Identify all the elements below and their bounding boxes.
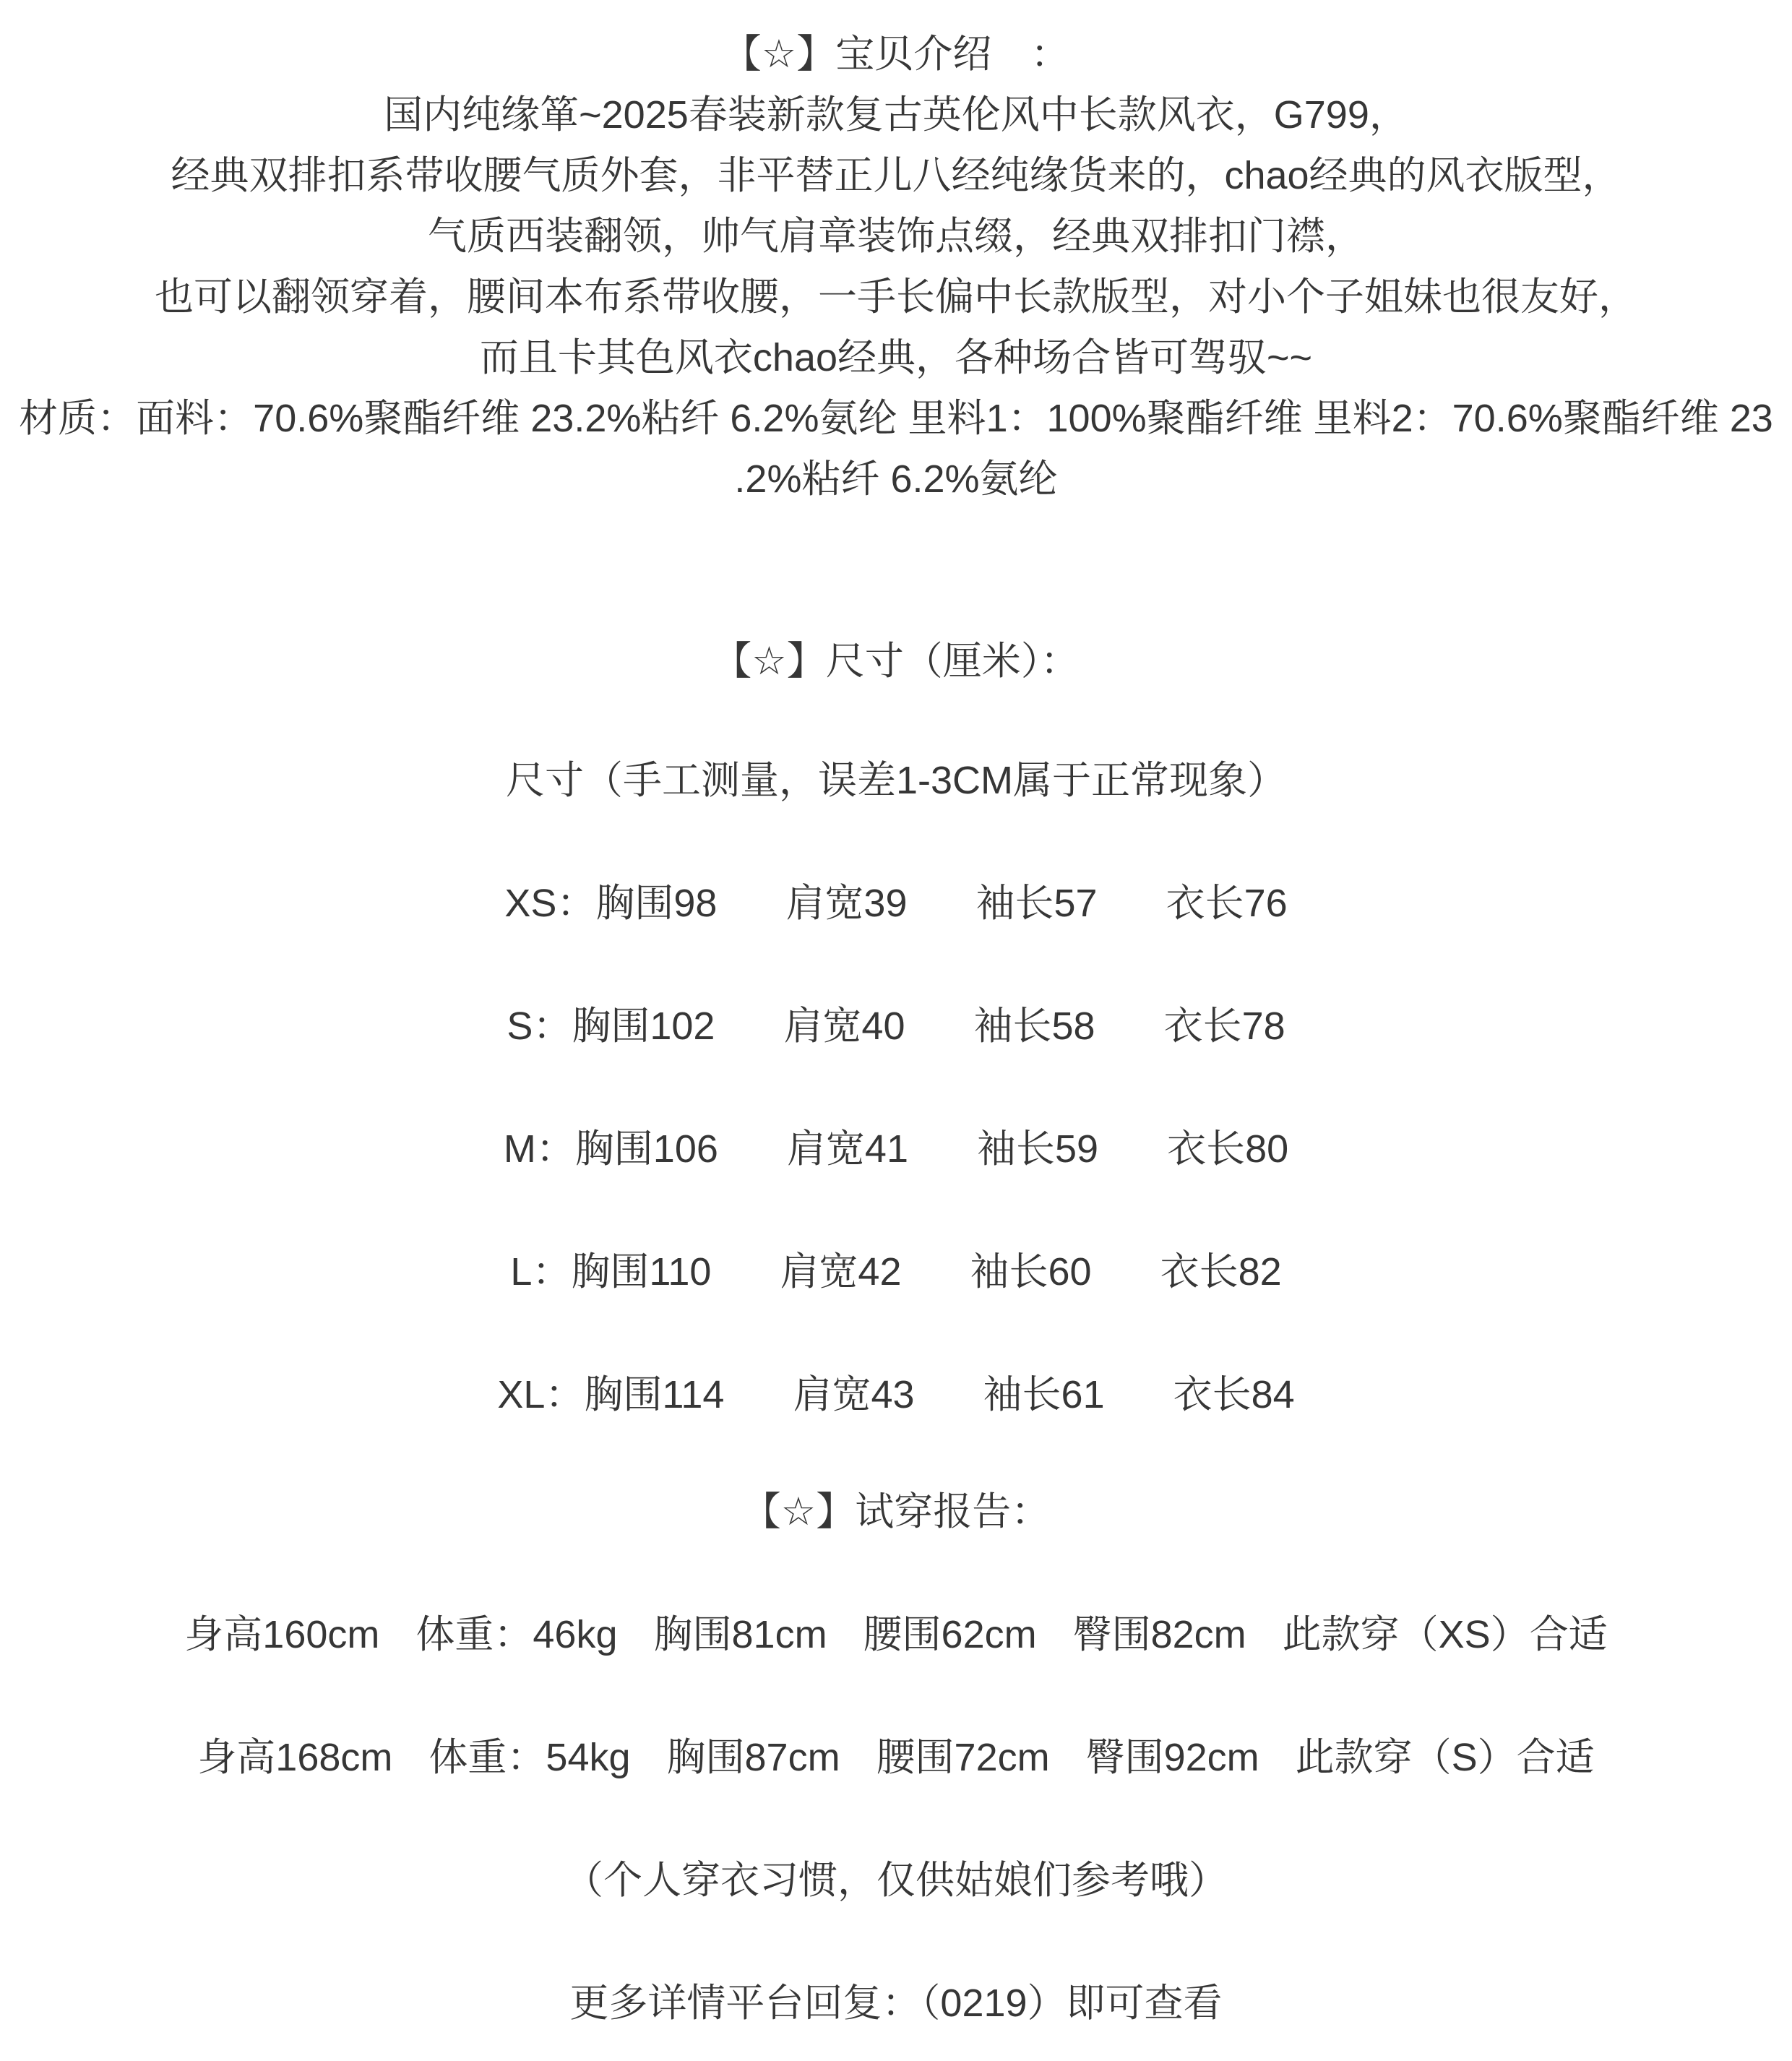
fit-cell: 体重：46kg xyxy=(415,1604,617,1665)
size-cell: 袖长57 xyxy=(976,873,1098,934)
intro-line-1: 国内纯缘箪~2025春装新款复古英伦风中长款风衣，G799， xyxy=(0,85,1792,145)
fit-reference-note: （个人穿衣习惯，仅供姑娘们参考哦） xyxy=(0,1850,1792,1911)
size-row-l: L：胸围110 肩宽42 袖长60 衣长82 xyxy=(0,1242,1792,1302)
product-description-page: 【☆】宝贝介绍 ： 国内纯缘箪~2025春装新款复古英伦风中长款风衣，G799，… xyxy=(0,0,1792,2034)
size-measure-note: 尺寸（手工测量，误差1-3CM属于正常现象） xyxy=(0,750,1792,811)
size-cell: 肩宽40 xyxy=(783,996,905,1057)
size-row-s: S：胸围102 肩宽40 袖长58 衣长78 xyxy=(0,996,1792,1057)
fit-cell: 身高168cm xyxy=(197,1727,392,1788)
size-cell: S：胸围102 xyxy=(507,996,715,1057)
size-cell: 袖长61 xyxy=(983,1364,1105,1425)
size-cell: 衣长80 xyxy=(1167,1119,1288,1179)
fit-cell: 此款穿（S）合适 xyxy=(1296,1727,1595,1788)
fit-cell: 臀围92cm xyxy=(1086,1727,1259,1788)
intro-title: 【☆】宝贝介绍 ： xyxy=(0,24,1792,85)
size-section-title: 【☆】尺寸（厘米）： xyxy=(0,631,1792,692)
size-cell: 肩宽41 xyxy=(787,1119,908,1179)
size-cell: 肩宽42 xyxy=(780,1242,901,1302)
size-cell: XS：胸围98 xyxy=(504,873,717,934)
size-cell: 衣长78 xyxy=(1164,996,1285,1057)
size-cell: L：胸围110 xyxy=(510,1242,711,1302)
intro-line-5: 而且卡其色风衣chao经典，各种场合皆可驾驭~~ xyxy=(0,327,1792,388)
fit-report-title: 【☆】试穿报告： xyxy=(0,1481,1792,1542)
size-row-m: M：胸围106 肩宽41 袖长59 衣长80 xyxy=(0,1119,1792,1179)
size-cell: 衣长82 xyxy=(1160,1242,1282,1302)
size-cell: 肩宽43 xyxy=(793,1364,914,1425)
fit-cell: 臀围82cm xyxy=(1073,1604,1246,1665)
fit-cell: 此款穿（XS）合适 xyxy=(1283,1604,1608,1665)
fit-cell: 身高160cm xyxy=(184,1604,379,1665)
fit-cell: 胸围87cm xyxy=(667,1727,840,1788)
intro-line-2: 经典双排扣系带收腰气质外套，非平替正儿八经纯缘货来的，chao经典的风衣版型， xyxy=(0,145,1792,206)
size-row-xl: XL：胸围114 肩宽43 袖长61 衣长84 xyxy=(0,1364,1792,1425)
fit-cell: 腰围62cm xyxy=(863,1604,1037,1665)
size-cell: XL：胸围114 xyxy=(497,1364,724,1425)
size-cell: 袖长58 xyxy=(974,996,1095,1057)
size-cell: M：胸围106 xyxy=(504,1119,718,1179)
size-cell: 肩宽39 xyxy=(785,873,907,934)
fit-report-row-1: 身高160cm 体重：46kg 胸围81cm 腰围62cm 臀围82cm 此款穿… xyxy=(0,1604,1792,1665)
fit-cell: 胸围81cm xyxy=(654,1604,827,1665)
size-cell: 袖长59 xyxy=(977,1119,1098,1179)
fit-cell: 体重：54kg xyxy=(428,1727,630,1788)
intro-line-3: 气质西装翻领，帅气肩章装饰点缀，经典双排扣门襟， xyxy=(0,206,1792,267)
size-cell: 衣长84 xyxy=(1173,1364,1295,1425)
material-line-1: 材质：面料：70.6%聚酯纤维 23.2%粘纤 6.2%氨纶 里料1：100%聚… xyxy=(0,388,1792,449)
fit-report-row-2: 身高168cm 体重：54kg 胸围87cm 腰围72cm 臀围92cm 此款穿… xyxy=(0,1727,1792,1788)
fit-cell: 腰围72cm xyxy=(876,1727,1050,1788)
more-details-footer: 更多详情平台回复：（0219）即可查看 xyxy=(0,1973,1792,2034)
size-cell: 袖长60 xyxy=(970,1242,1092,1302)
intro-line-4: 也可以翻领穿着，腰间本布系带收腰，一手长偏中长款版型，对小个子姐妹也很友好， xyxy=(0,267,1792,327)
size-row-xs: XS：胸围98 肩宽39 袖长57 衣长76 xyxy=(0,873,1792,934)
material-line-2: .2%粘纤 6.2%氨纶 xyxy=(0,449,1792,509)
size-cell: 衣长76 xyxy=(1166,873,1288,934)
